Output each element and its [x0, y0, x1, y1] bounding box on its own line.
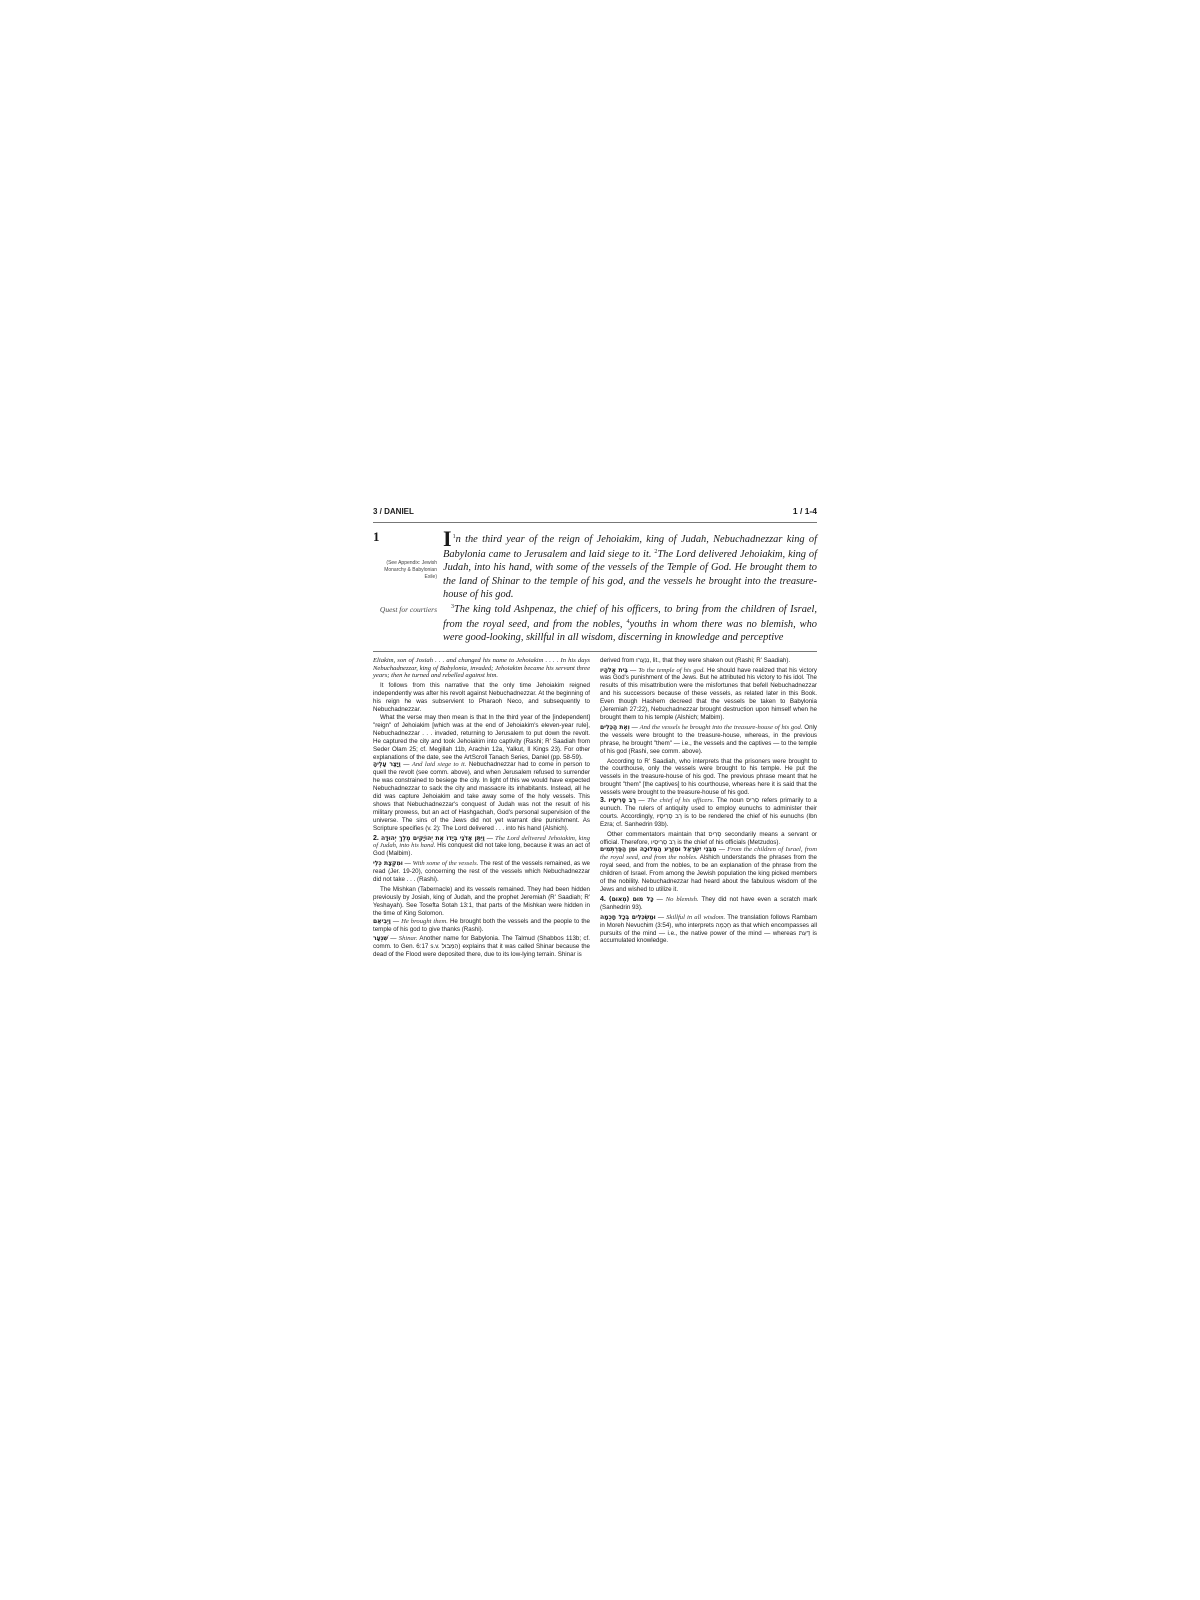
section-heading-quest: Quest for courtiers — [380, 605, 437, 615]
lemma-translation: And laid siege to it. — [412, 761, 467, 768]
hebrew-lemma: וּמַשְׂכִּלִים בְּכָל חָכְמָה — [600, 914, 656, 921]
commentary-para: בֵּית אֱלֹהָיו — To the temple of his go… — [600, 667, 817, 722]
lemma-translation: With some of the vessels. — [413, 860, 479, 867]
book-page: 3 / DANIEL 1 / 1-4 1 (See Appendix: Jewi… — [373, 506, 817, 961]
hebrew-lemma: וַיִּתֵּן אֲדֹנָי בְּיָדוֹ אֶת יְהוֹיָקִ… — [381, 835, 485, 842]
hebrew-lemma: וַיְבִיאֵם — [373, 918, 391, 925]
commentary-para: Eliakim, son of Josiah . . . and changed… — [373, 657, 590, 681]
lemma-translation: No blemish. — [666, 896, 699, 903]
appendix-note: (See Appendix: Jewish Monarchy & Babylon… — [373, 560, 437, 581]
commentary-para: 4. כָּל מוּם (מְאוּם) — No blemish. They… — [600, 896, 817, 912]
running-head-left: 3 / DANIEL — [373, 507, 414, 516]
hebrew-lemma: רַב סָרִיסָיו — [608, 797, 636, 804]
commentary-para: וּמִקְצָת כְּלֵי — With some of the vess… — [373, 860, 590, 884]
commentary-para: 3. רַב סָרִיסָיו — The chief of his offi… — [600, 797, 817, 829]
hebrew-lemma: וּמִקְצָת כְּלֵי — [373, 860, 403, 867]
commentary-text: He should have realized that his victory… — [600, 667, 817, 721]
verse-ref: 2. — [373, 835, 379, 842]
translation-block: 1 (See Appendix: Jewish Monarchy & Babyl… — [373, 531, 817, 645]
lemma-translation: Shinar. — [399, 935, 418, 942]
commentary-para: שִׁנְעָר — Shinar. Another name for Baby… — [373, 935, 590, 959]
commentary-text: The rest of the vessels remained, as we … — [373, 860, 590, 883]
verse-translation: 1In the third year of the reign of Jehoi… — [443, 531, 817, 645]
commentary-para: 2. וַיִּתֵּן אֲדֹנָי בְּיָדוֹ אֶת יְהוֹי… — [373, 835, 590, 859]
commentary-para: מִבְּנֵי יִשְׂרָאֵל וּמִזֶּרַע הַמְּלוּכ… — [600, 846, 817, 893]
commentary-para: Other commentators maintain that סָרִיס … — [600, 831, 817, 847]
verse-ref: 4. — [600, 896, 606, 903]
commentary-para: According to R' Saadiah, who interprets … — [600, 758, 817, 798]
verse-3-para: 3The king told Ashpenaz, the chief of hi… — [443, 601, 817, 645]
drop-cap: I — [443, 532, 452, 546]
verse-ref: 3. — [600, 797, 606, 804]
commentary-para: The Mishkan (Tabernacle) and its vessels… — [373, 886, 590, 918]
hebrew-lemma: וְאֶת הַכֵּלִים — [600, 724, 630, 731]
commentary-para: What the verse may then mean is that In … — [373, 714, 590, 761]
commentary-para: וּמַשְׂכִּלִים בְּכָל חָכְמָה — Skillful… — [600, 914, 817, 946]
commentary-text: Nebuchadnezzar had to come in person to … — [373, 761, 590, 831]
commentary-para: וַיְבִיאֵם — He brought them. He brought… — [373, 918, 590, 934]
commentary-para: וַיָּצַר עָלֶיהָ — And laid siege to it.… — [373, 761, 590, 832]
lemma-translation: The chief of his officers. — [647, 797, 714, 804]
commentary: Eliakim, son of Josiah . . . and changed… — [373, 657, 817, 962]
hebrew-lemma: מִבְּנֵי יִשְׂרָאֵל וּמִזֶּרַע הַמְּלוּכ… — [600, 846, 716, 853]
commentary-para: It follows from this narrative that the … — [373, 682, 590, 714]
hebrew-lemma: שִׁנְעָר — [373, 935, 388, 942]
commentary-right-column: derived from נִנְעֲרוּ, lit., that they … — [600, 657, 817, 962]
divider — [373, 651, 817, 652]
chapter-number: 1 — [373, 529, 380, 545]
running-head-right: 1 / 1-4 — [793, 506, 817, 516]
hebrew-lemma: וַיָּצַר עָלֶיהָ — [373, 761, 401, 768]
running-head: 3 / DANIEL 1 / 1-4 — [373, 506, 817, 523]
hebrew-lemma: בֵּית אֱלֹהָיו — [600, 667, 628, 674]
lemma-translation: And the vessels he brought into the trea… — [640, 724, 803, 731]
commentary-para: derived from נִנְעֲרוּ, lit., that they … — [600, 657, 817, 665]
hebrew-lemma: כָּל מוּם (מְאוּם) — [609, 896, 654, 903]
lemma-translation: He brought them. — [401, 918, 448, 925]
margin-column: 1 (See Appendix: Jewish Monarchy & Babyl… — [373, 531, 443, 645]
commentary-para: וְאֶת הַכֵּלִים — And the vessels he bro… — [600, 724, 817, 756]
commentary-left-column: Eliakim, son of Josiah . . . and changed… — [373, 657, 590, 962]
lemma-translation: Skillful in all wisdom. — [666, 914, 725, 921]
lemma-translation: To the temple of his god. — [638, 667, 705, 674]
